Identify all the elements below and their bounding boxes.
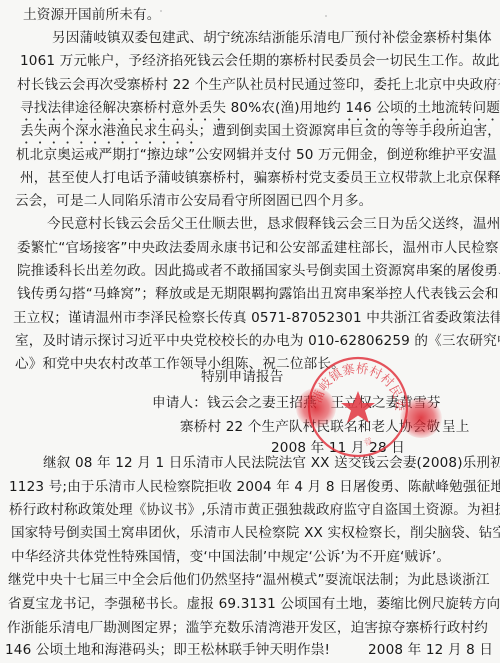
followup-line: 省夏宝龙书记，李强秘书长。虚报 69.3131 公顷国有土地，萎缩比例尺旋转方向… <box>8 594 500 614</box>
followup-line: 1123 号;由于乐清市人民检察院拒收 2004 年 4 月 8 日屠俊勇、陈献… <box>9 477 500 497</box>
applicants-line: 申请人：钱云会之妻王招燕 王立权之妻黄雪芬 <box>152 393 441 413</box>
plain-text: ；遭到倒卖国土资源窝串巨贪的等等手段所迫害，乘 <box>199 123 500 139</box>
paragraph-line: 州，甚至使人打电话予蒲岐镇寨桥村，骗寨桥村党支委员王立权带款上北京保释钱 <box>20 168 500 188</box>
paragraph-line: 王立权；谨请温州市李泽民检察长传真 0571-87052301 中共浙江省委政策… <box>13 308 500 328</box>
paragraph-line: 室，及时请示探讨习近平中央党校校长的办电为 010-62806259 的《三农研… <box>15 331 500 351</box>
paragraph-line: 云会，可是二人同陷乐清市公安局看守所囹圄已四个月多。 <box>15 191 372 211</box>
plain-text: 80%农(渔)用地约 <box>226 100 345 116</box>
followup-line: 中华经济共体党性特殊国情，变‘中国法制’中规定‘公诉’为不开庭‘贼诉’。 <box>11 547 450 567</box>
emphasized-text: 丢失两个深水港渔民求生码头 <box>20 123 199 139</box>
followup-line: 继叙 08 年 12 月 1 日乐清市人民法院法官 XX 送交钱云会妻(2008… <box>43 453 500 473</box>
paragraph-line: 土资源开国前所未有。 <box>23 5 160 25</box>
followup-line: 146 公顷土地和海港码头；即王松林联手钟天明作祟! <box>5 640 330 660</box>
submitted-label: 呈上 <box>442 417 470 437</box>
paragraph-line: 1061 万元帐户，予经济掐死钱云会任期的寨桥村民委员会一切民生工作。故此民意 <box>20 51 500 71</box>
villagers-signature: 寨桥村 22 个生产队村民联名和老人协会敬 <box>180 417 440 437</box>
followup-line: 作浙能乐清电厂勘测图定界；滥竽充数乐清湾港开发区，迫害掠夺寨桥行政村约 <box>7 618 488 638</box>
followup-date: 2008 年 12 月 8 日 <box>368 640 493 660</box>
scanned-document-page: 土资源开国前所未有。 另因蒲岐镇双委包建武、胡宁统冻结浙能乐清电厂预付补偿金寨桥… <box>0 0 500 663</box>
paragraph-line: 今民意村长钱云会岳父王仕顺去世，恳求假释钱云会三日为岳父送终，温州市 <box>47 214 500 234</box>
paragraph-line: 钱传勇勾搭“马蜂窝”；释放或是无期限羁拘露馅出丑窝串案举控人代表钱云会和 <box>17 284 499 304</box>
paragraph-line: 丢失两个深水港渔民求生码头；遭到倒卖国土资源窝串巨贪的等等手段所迫害，乘 <box>20 121 500 147</box>
emphasized-text: 146 公顷的土地流转问题包括 <box>345 100 500 116</box>
paragraph-line: 另因蒲岐镇双委包建武、胡宁统冻结浙能乐清电厂预付补偿金寨桥村集体 <box>52 28 492 48</box>
paragraph-line: 委繁忙“官场接客”中央政法委周永康书记和公安部孟建柱部长，温州市人民检察 <box>17 238 499 258</box>
paragraph-line: 心》和党中央农村改革工作领导小组陈、祝二位部长。 <box>15 354 345 374</box>
followup-line: 继党中央十七届三中全会后他们仍然坚持“温州模式”耍流氓法制；为此恳谈浙江 <box>8 570 490 590</box>
paragraph-line: 院推诿科长出差勿政。因此捣或者不敢捅国家头号倒卖国土资源窝串案的屠俊勇、 <box>17 261 500 281</box>
followup-line: 桥行政村称政策处理《协议书》,乐清市黄正强独裁政府监守自盗国土资源。为袒护 <box>9 500 500 520</box>
report-title: 特别申请报告 <box>201 367 283 387</box>
followup-line: 国家特号倒卖国土窝串团伙，乐清市人民检察院 XX 实权检察长，削尖脑袋、钻空 <box>11 523 500 543</box>
paragraph-line: 村长钱云会再次受寨桥村 22 个生产队社员村民通过签印，委托上北京中央政府有关 <box>17 75 500 95</box>
emphasized-text: 寻找法律途径解决寨桥村意外丢失 <box>20 100 226 116</box>
paragraph-line: 机北京奥运戒严期打“擦边球”公安网辑并支付 50 万元佣金，倒逆称维护平安温 <box>16 145 497 165</box>
